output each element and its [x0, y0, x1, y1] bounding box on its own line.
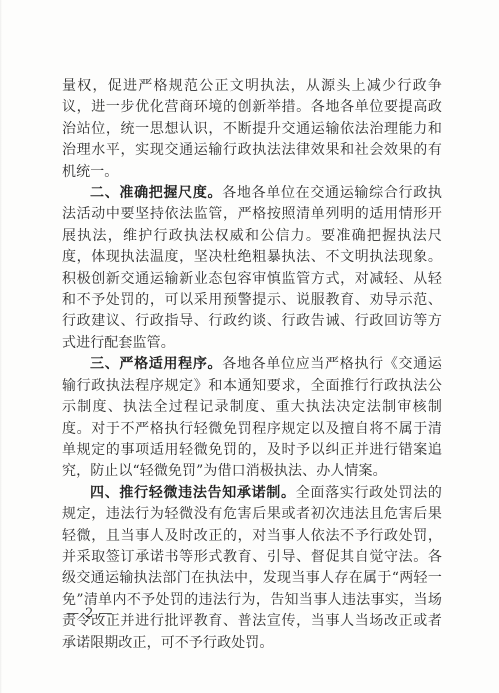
paragraph-text: 全面落实行政处罚法的规定，违法行为轻微没有危害后果或者初次违法且危害后果轻微，且… [62, 485, 442, 651]
section-heading: 二、准确把握尺度。 [90, 185, 222, 201]
body-paragraph: 四、推行轻微违法告知承诺制。全面落实行政处罚法的规定，违法行为轻微没有危害后果或… [62, 483, 442, 654]
document-page: 量权，促进严格规范公正文明执法，从源头上减少行政争议，进一步优化营商环境的创新举… [0, 0, 499, 693]
body-paragraph: 量权，促进严格规范公正文明执法，从源头上减少行政争议，进一步优化营商环境的创新举… [62, 76, 442, 183]
page-number: — 2 — [66, 606, 114, 621]
body-paragraph: 二、准确把握尺度。各地各单位在交通运输综合行政执法活动中要坚持依法监管，严格按照… [62, 183, 442, 354]
section-heading: 三、严格适用程序。 [90, 356, 222, 372]
paragraph-text: 各地各单位应当严格执行《交通运输行政执法程序规定》和本通知要求，全面推行行政执法… [62, 356, 442, 479]
paragraph-text: 各地各单位在交通运输综合行政执法活动中要坚持依法监管，严格按照清单列明的适用情形… [62, 185, 442, 351]
section-heading: 四、推行轻微违法告知承诺制。 [90, 485, 296, 501]
paragraph-text: 量权，促进严格规范公正文明执法，从源头上减少行政争议，进一步优化营商环境的创新举… [62, 78, 442, 180]
document-body: 量权，促进严格规范公正文明执法，从源头上减少行政争议，进一步优化营商环境的创新举… [62, 76, 442, 654]
body-paragraph: 三、严格适用程序。各地各单位应当严格执行《交通运输行政执法程序规定》和本通知要求… [62, 354, 442, 482]
